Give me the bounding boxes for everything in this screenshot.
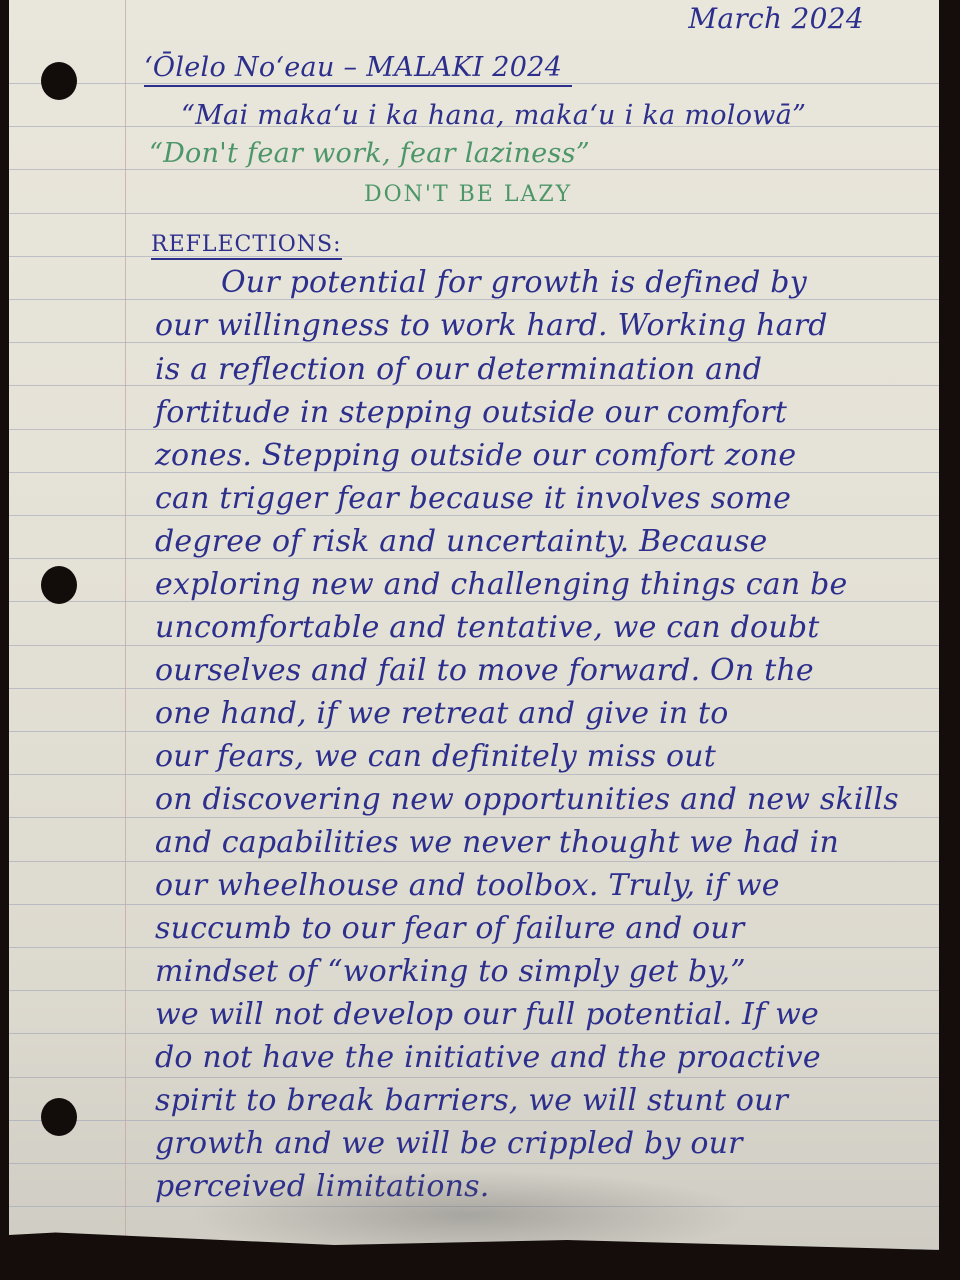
section-heading: REFLECTIONS:: [151, 232, 342, 260]
binder-hole-bottom: [41, 1098, 77, 1136]
body-line: fortitude in stepping outside our comfor…: [155, 395, 787, 430]
binder-hole-middle: [41, 566, 77, 604]
rule-line: [9, 774, 939, 775]
entry-date: March 2024: [688, 2, 864, 35]
body-line: on discovering new opportunities and new…: [155, 782, 899, 817]
rule-line: [9, 213, 939, 214]
entry-title: ʻŌlelo Noʻeau – MALAKI 2024: [144, 52, 572, 87]
rule-line: [9, 731, 939, 732]
body-line: mindset of “working to simply get by,”: [155, 954, 746, 989]
body-line: do not have the initiative and the proac…: [155, 1040, 821, 1075]
body-line: our fears, we can definitely miss out: [155, 739, 716, 774]
body-line: our willingness to work hard. Working ha…: [155, 308, 828, 343]
rule-line: [9, 1249, 939, 1250]
body-line: degree of risk and uncertainty. Because: [155, 524, 768, 559]
body-line: uncomfortable and tentative, we can doub…: [155, 610, 820, 645]
rule-line: [9, 1163, 939, 1164]
binder-hole-top: [41, 62, 77, 100]
body-line: exploring new and challenging things can…: [155, 567, 847, 602]
rule-line: [9, 256, 939, 257]
body-line: ourselves and fail to move forward. On t…: [155, 653, 814, 688]
english-translation: “Don't fear work, fear laziness”: [149, 138, 590, 169]
body-line: spirit to break barriers, we will stunt …: [155, 1083, 788, 1118]
rule-line: [9, 817, 939, 818]
notebook-page: March 2024 ʻŌlelo Noʻeau – MALAKI 2024 “…: [9, 0, 939, 1250]
rule-line: [9, 904, 939, 905]
rule-line: [9, 861, 939, 862]
short-summary: DON'T BE LAZY: [364, 182, 572, 207]
rule-line: [9, 1033, 939, 1034]
rule-line: [9, 947, 939, 948]
body-line: succumb to our fear of failure and our: [155, 911, 744, 946]
margin-line: [125, 0, 126, 1250]
rule-line: [9, 990, 939, 991]
body-line: we will not develop our full potential. …: [155, 997, 819, 1032]
body-line: is a reflection of our determination and: [155, 352, 762, 387]
body-line: Our potential for growth is defined by: [221, 265, 807, 300]
body-line: can trigger fear because it involves som…: [155, 481, 791, 516]
rule-line: [9, 169, 939, 170]
body-line: our wheelhouse and toolbox. Truly, if we: [155, 868, 780, 903]
body-line: and capabilities we never thought we had…: [155, 825, 839, 860]
hawaiian-proverb: “Mai makaʻu i ka hana, makaʻu i ka molow…: [181, 100, 806, 131]
rule-line: [9, 1120, 939, 1121]
body-line: one hand, if we retreat and give in to: [155, 696, 729, 731]
body-line: growth and we will be crippled by our: [155, 1126, 743, 1161]
rule-line: [9, 1077, 939, 1078]
body-line: zones. Stepping outside our comfort zone: [155, 438, 796, 473]
rule-line: [9, 688, 939, 689]
rule-line: [9, 645, 939, 646]
hand-shadow: [189, 1170, 749, 1250]
